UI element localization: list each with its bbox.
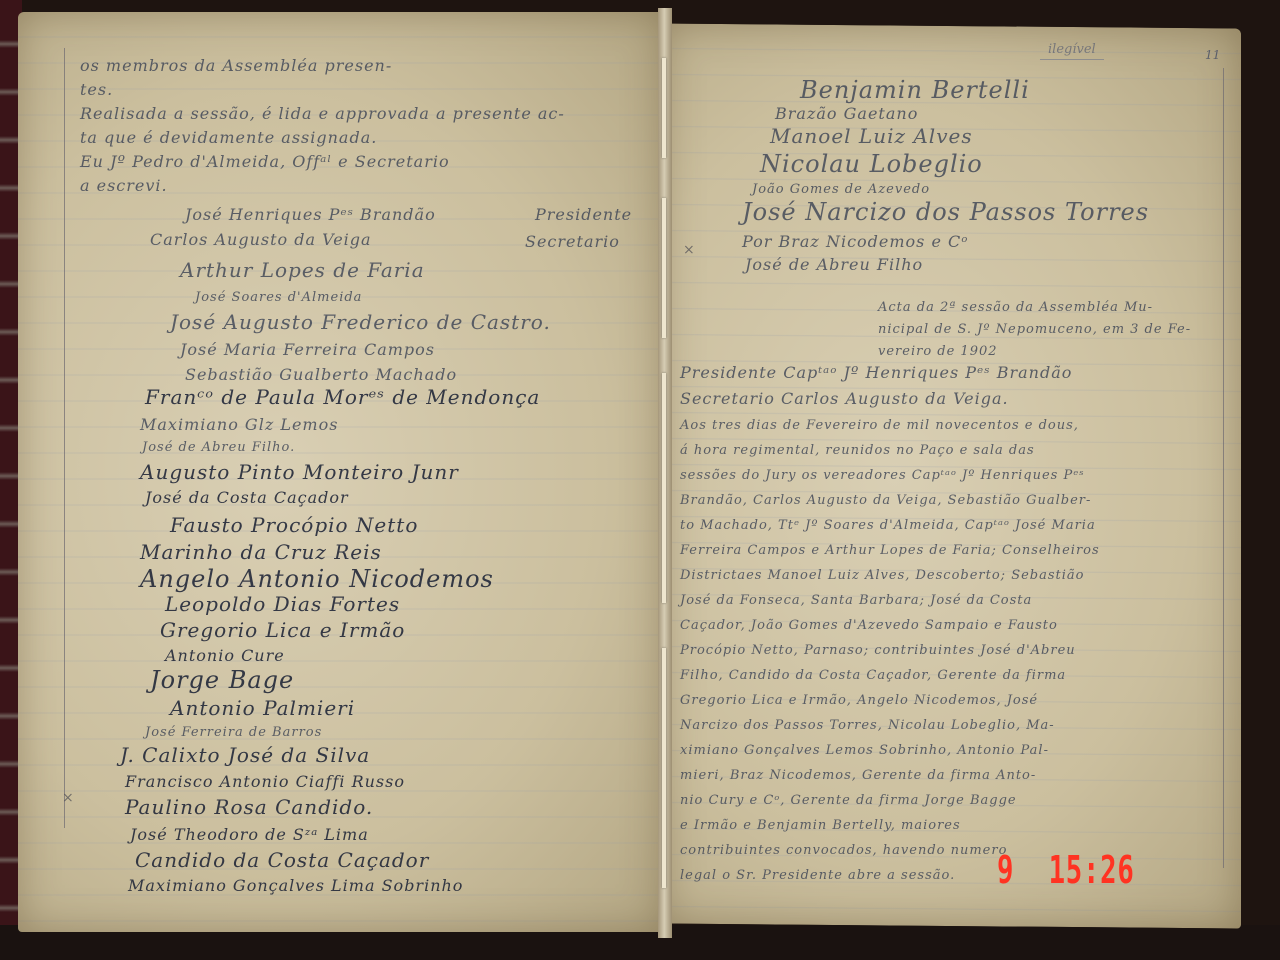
signature: José Henriques Pᵉˢ Brandão	[185, 205, 436, 224]
margin-cross-mark: ×	[683, 242, 695, 258]
closing-line: tes.	[80, 80, 113, 99]
signature: Leopoldo Dias Fortes	[165, 592, 400, 616]
signature: Maximiano Gonçalves Lima Sobrinho	[128, 876, 463, 895]
signature-role: Secretario	[525, 232, 620, 251]
officer-line: Presidente Capᵗᵃᵒ Jº Henriques Pᵉˢ Brand…	[680, 363, 1072, 382]
minutes-body-line: ximiano Gonçalves Lemos Sobrinho, Antoni…	[680, 743, 1049, 758]
signature: Arthur Lopes de Faria	[180, 258, 425, 282]
officer-line: Secretario Carlos Augusto da Veiga.	[680, 389, 1009, 408]
signature: Maximiano Glz Lemos	[140, 415, 338, 434]
minutes-body-line: Filho, Candido da Costa Caçador, Gerente…	[680, 668, 1066, 683]
left-margin-rule	[64, 48, 65, 828]
signature: Marinho da Cruz Reis	[140, 540, 382, 564]
signature: Manoel Luiz Alves	[770, 124, 973, 148]
minutes-body-line: Narcizo dos Passos Torres, Nicolau Lobeg…	[680, 718, 1055, 733]
margin-cross-mark: ×	[62, 790, 74, 806]
minutes-body-line: Gregorio Lica e Irmão, Angelo Nicodemos,…	[680, 693, 1038, 708]
signature: Brazão Gaetano	[775, 104, 918, 123]
minutes-body-line: nio Cury e Cᵒ, Gerente da firma Jorge Ba…	[680, 793, 1017, 808]
minutes-body-line: Caçador, João Gomes d'Azevedo Sampaio e …	[680, 618, 1058, 633]
minutes-body-line: legal o Sr. Presidente abre a sessão.	[680, 868, 955, 883]
signature: Jorge Bage	[150, 666, 294, 694]
minutes-heading-line: nicipal de S. Jº Nepomuceno, em 3 de Fe-	[878, 322, 1191, 337]
signature: Augusto Pinto Monteiro Junr	[140, 460, 459, 484]
signature: José de Abreu Filho.	[142, 440, 295, 455]
signature: Por Braz Nicodemos e Cᵒ	[742, 232, 968, 251]
page-number: 11	[1205, 48, 1220, 62]
signature: João Gomes de Azevedo	[752, 182, 930, 197]
signature: José Soares d'Almeida	[195, 290, 362, 305]
signature: José de Abreu Filho	[745, 255, 923, 274]
signature: Angelo Antonio Nicodemos	[140, 565, 494, 593]
minutes-body-line: á hora regimental, reunidos no Paço e sa…	[680, 443, 1035, 458]
signature: Nicolau Lobeglio	[760, 150, 983, 178]
signature: Antonio Palmieri	[170, 696, 355, 720]
signature: José Theodoro de Sᶻᵃ Lima	[130, 825, 369, 844]
minutes-body-line: Ferreira Campos e Arthur Lopes de Faria;…	[680, 543, 1100, 558]
signature: José Maria Ferreira Campos	[180, 340, 435, 359]
closing-line: Eu Jº Pedro d'Almeida, Offᵃˡ e Secretari…	[80, 152, 450, 171]
signature: J. Calixto José da Silva	[120, 743, 370, 767]
minutes-body-line: Procópio Netto, Parnaso; contribuintes J…	[680, 643, 1076, 658]
signature: José Narcizo dos Passos Torres	[742, 198, 1149, 226]
signature: Carlos Augusto da Veiga	[150, 230, 372, 249]
right-margin-rule	[1223, 68, 1224, 868]
binding-stitch	[662, 198, 666, 338]
minutes-body-line: e Irmão e Benjamin Bertelly, maiores	[680, 818, 961, 833]
signature: Francisco Antonio Ciaffi Russo	[125, 772, 405, 791]
minutes-body-line: Brandão, Carlos Augusto da Veiga, Sebast…	[680, 493, 1091, 508]
signature: Candido da Costa Caçador	[135, 848, 429, 872]
minutes-body-line: mieri, Braz Nicodemos, Gerente da firma …	[680, 768, 1036, 783]
signature: Paulino Rosa Candido.	[125, 795, 373, 819]
camera-timestamp: 9 15:26	[997, 848, 1135, 892]
signature: José da Costa Caçador	[145, 488, 349, 507]
signature: José Ferreira de Barros	[145, 725, 322, 740]
closing-line: a escrevi.	[80, 176, 168, 195]
minutes-body-line: sessões do Jury os vereadores Capᵗᵃᵒ Jº …	[680, 468, 1085, 483]
minutes-body-line: José da Fonseca, Santa Barbara; José da …	[680, 593, 1032, 608]
signature: Sebastião Gualberto Machado	[185, 365, 457, 384]
binding-stitch	[662, 648, 666, 888]
signature-role: Presidente	[535, 205, 632, 224]
closing-line: ta que é devidamente assignada.	[80, 128, 377, 147]
binding-stitch	[662, 58, 666, 158]
minutes-body-line: Aos tres dias de Fevereiro de mil novece…	[680, 418, 1079, 433]
signature: Gregorio Lica e Irmão	[160, 618, 405, 642]
signature: Benjamin Bertelli	[800, 76, 1030, 104]
minutes-body-line: contribuintes convocados, havendo numero	[680, 843, 1007, 858]
signature: Antonio Cure	[165, 646, 285, 665]
minutes-heading-line: Acta da 2ª sessão da Assembléa Mu-	[878, 300, 1153, 315]
closing-line: os membros da Assembléa presen-	[80, 56, 392, 75]
minutes-body-line: to Machado, Ttᵉ Jº Soares d'Almeida, Cap…	[680, 518, 1096, 533]
binding-stitch	[662, 373, 666, 603]
signature: Franᶜᵒ de Paula Morᵉˢ de Mendonça	[145, 385, 540, 409]
minutes-heading-line: vereiro de 1902	[878, 344, 998, 359]
signature: José Augusto Frederico de Castro.	[170, 310, 551, 334]
signature: Fausto Procópio Netto	[170, 513, 418, 537]
corner-note: ilegível	[1040, 42, 1104, 60]
closing-line: Realisada a sessão, é lida e approvada a…	[80, 104, 565, 123]
minutes-body-line: Districtaes Manoel Luiz Alves, Descobert…	[680, 568, 1085, 583]
